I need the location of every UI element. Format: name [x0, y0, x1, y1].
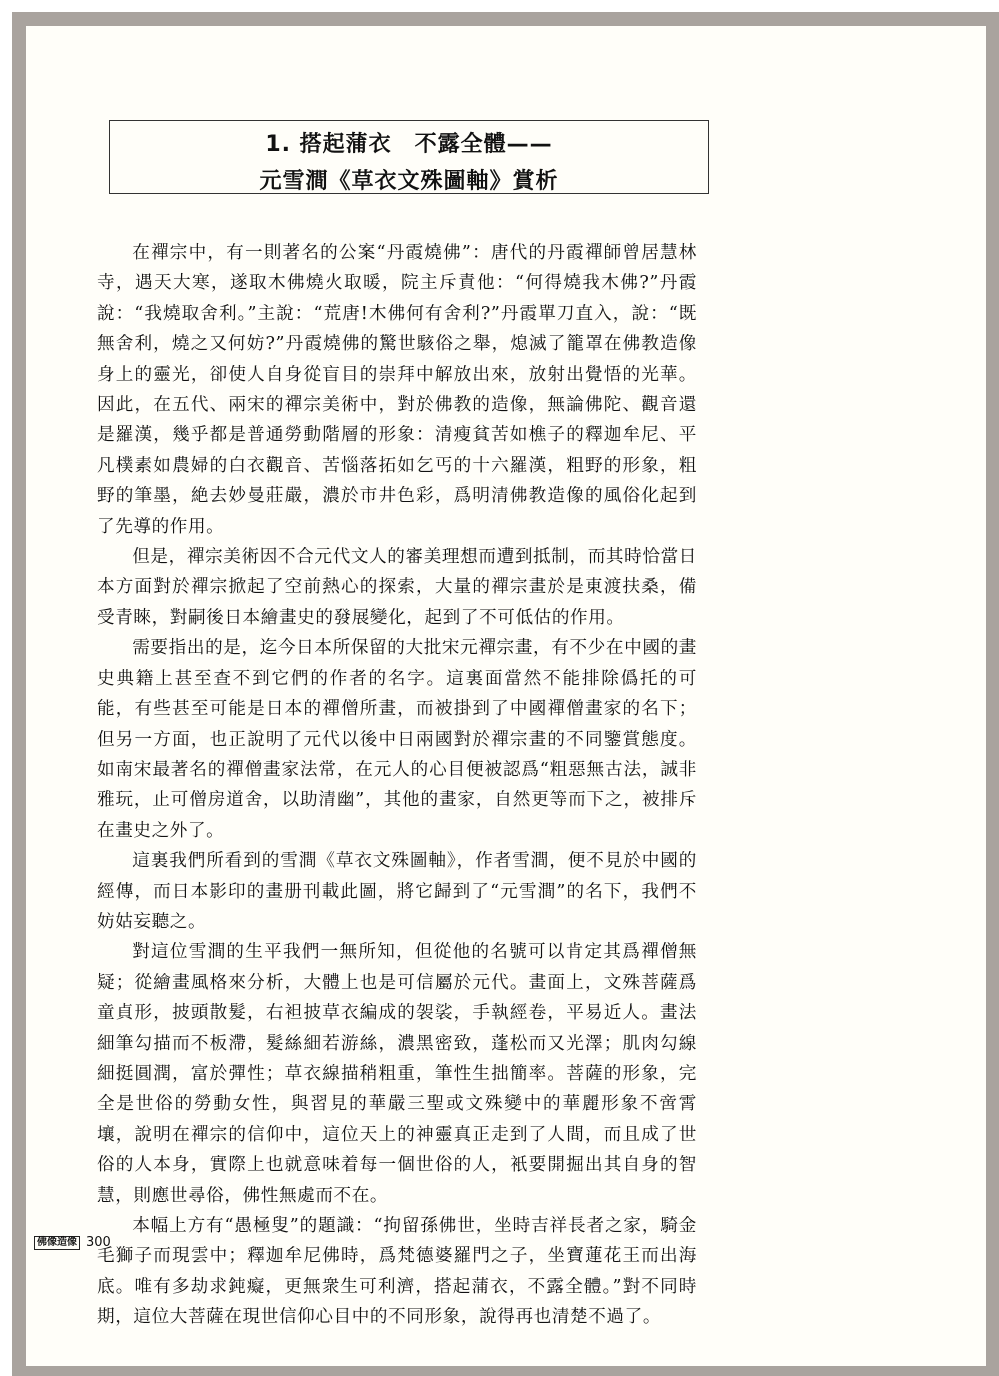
paragraph: 需要指出的是，迄今日本所保留的大批宋元禪宗畫，有不少在中國的畫史典籍上甚至查不到… — [97, 633, 697, 846]
book-page: 1. 搭起蒲衣 不露全體—— 元雪澗《草衣文殊圖軸》賞析 在禪宗中，有一則著名的… — [26, 26, 986, 1366]
paragraph: 在禪宗中，有一則著名的公案“丹霞燒佛”：唐代的丹霞禪師曾居慧林寺，遇天大寒，遂取… — [97, 238, 697, 542]
chapter-subtitle: 元雪澗《草衣文殊圖軸》賞析 — [110, 164, 708, 195]
page-frame: 1. 搭起蒲衣 不露全體—— 元雪澗《草衣文殊圖軸》賞析 在禪宗中，有一則著名的… — [12, 12, 999, 1376]
paragraph: 對這位雪澗的生平我們一無所知，但從他的名號可以肯定其爲禪僧無疑；從繪畫風格來分析… — [97, 937, 697, 1211]
paragraph: 本幅上方有“愚極叟”的題識：“拘留孫佛世，坐時吉祥長者之家，騎金毛獅子而現雲中；… — [97, 1211, 697, 1333]
article-body: 在禪宗中，有一則著名的公案“丹霞燒佛”：唐代的丹霞禪師曾居慧林寺，遇天大寒，遂取… — [97, 238, 697, 1333]
chapter-title-box: 1. 搭起蒲衣 不露全體—— 元雪澗《草衣文殊圖軸》賞析 — [109, 120, 709, 194]
section-label: 佛像造像 — [34, 1236, 80, 1250]
page-number: 300 — [86, 1235, 111, 1250]
page-footer: 佛像造像 300 — [34, 1235, 111, 1250]
paragraph: 這裏我們所看到的雪澗《草衣文殊圖軸》，作者雪澗，便不見於中國的經傳，而日本影印的… — [97, 846, 697, 937]
chapter-title: 1. 搭起蒲衣 不露全體—— — [110, 127, 708, 158]
paragraph: 但是，禪宗美術因不合元代文人的審美理想而遭到抵制，而其時恰當日本方面對於禪宗掀起… — [97, 542, 697, 633]
